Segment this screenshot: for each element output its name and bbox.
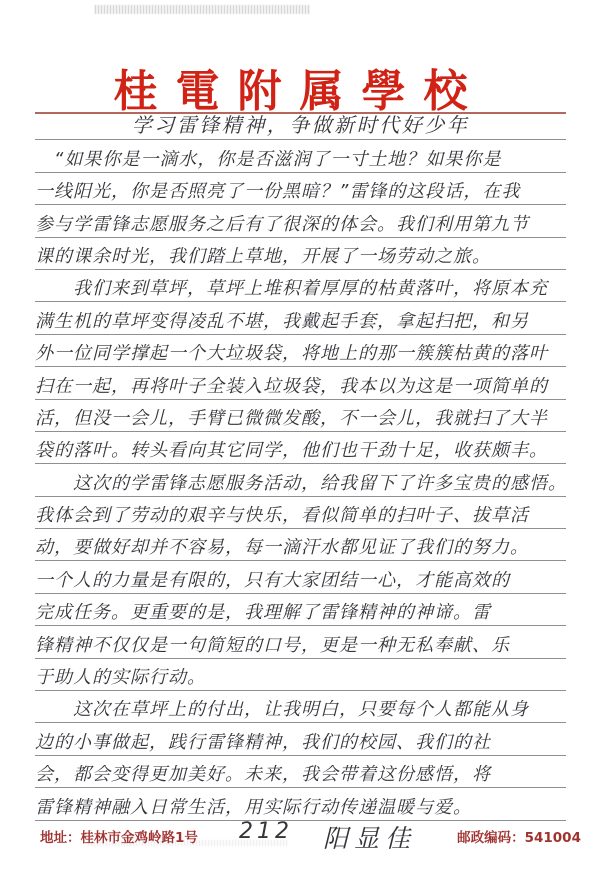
barcode-smudge-top — [95, 5, 310, 14]
essay-line: 扫在一起，再将叶子全装入垃圾袋，我本以为这是一项简单的 — [35, 378, 548, 399]
essay-line: 锋精神不仅仅是一句简短的口号，更是一种无私奉献、乐 — [35, 637, 510, 658]
essay-line: 满生机的草坪变得凌乱不堪，我戴起手套，拿起扫把，和另 — [35, 313, 529, 334]
essay-line: 外一位同学撑起一个大垃圾袋，将地上的那一簇簇枯黄的落叶 — [35, 345, 548, 366]
essay-line-row: 一线阳光，你是否照亮了一份黑暗？”雷锋的这段话，在我 — [35, 173, 566, 205]
essay-line: 边的小事做起，践行雷锋精神，我们的校园、我们的社 — [35, 734, 491, 755]
essay-line: 会，都会变得更加美好。未来，我会带着这份感悟，将 — [35, 766, 491, 787]
essay-line-row: 满生机的草坪变得凌乱不堪，我戴起手套，拿起扫把，和另 — [35, 302, 566, 334]
essay-line: 一线阳光，你是否照亮了一份黑暗？”雷锋的这段话，在我 — [35, 183, 520, 204]
essay-line: 我们来到草坪，草坪上堆积着厚厚的枯黄落叶，将原本充 — [35, 280, 548, 301]
essay-line-row: 会，都会变得更加美好。未来，我会带着这份感悟，将 — [35, 756, 566, 788]
essay-subtitle-row: 学习雷锋精神，争做新时代好少年 — [35, 108, 566, 140]
essay-line: 我体会到了劳动的艰辛与快乐，看似简单的扫叶子、拔草活 — [35, 507, 529, 528]
essay-line-row: 一个人的力量是有限的，只有大家团结一心，才能高效的 — [35, 561, 566, 593]
essay-line: “如果你是一滴水，你是否滋润了一寸土地？如果你是 — [35, 151, 501, 172]
barcode-smudge-bottom — [88, 840, 288, 846]
essay-line-row: 锋精神不仅仅是一句简短的口号，更是一种无私奉献、乐 — [35, 626, 566, 658]
essay-line-row: 雷锋精神融入日常生活，用实际行动传递温暖与爱。 — [35, 788, 566, 820]
essay-line: 于助人的实际行动。 — [35, 669, 206, 690]
essay-line-row: “如果你是一滴水，你是否滋润了一寸土地？如果你是 — [35, 140, 566, 172]
essay-line-row: 动，要做好却并不容易，每一滴汗水都见证了我们的努力。 — [35, 529, 566, 561]
letterhead-page: 桂電附属學校 学习雷锋精神，争做新时代好少年 “如果你是一滴水，你是否滋润了一寸… — [0, 0, 599, 881]
student-signature: 212 阳显佳 — [239, 819, 416, 855]
essay-line: 雷锋精神融入日常生活，用实际行动传递温暖与爱。 — [35, 799, 472, 820]
essay-line-row: 我体会到了劳动的艰辛与快乐，看似简单的扫叶子、拔草活 — [35, 497, 566, 529]
essay-line-row: 课的课余时光，我们踏上草地，开展了一场劳动之旅。 — [35, 238, 566, 270]
essay-line-row: 活，但没一会儿，手臂已微微发酸，不一会儿，我就扫了大半 — [35, 400, 566, 432]
letterhead-footer: 地址：桂林市金鸡岭路1号 212 阳显佳 邮政编码：541004 — [40, 821, 581, 855]
footer-postal-code: 邮政编码：541004 — [457, 821, 581, 846]
essay-line-row: 于助人的实际行动。 — [35, 659, 566, 691]
essay-line-row: 这次的学雷锋志愿服务活动，给我留下了许多宝贵的感悟。 — [35, 464, 566, 496]
essay-line-row: 袋的落叶。转头看向其它同学，他们也干劲十足，收获颇丰。 — [35, 432, 566, 464]
essay-line-row: 我们来到草坪，草坪上堆积着厚厚的枯黄落叶，将原本充 — [35, 270, 566, 302]
essay-line-row: 参与学雷锋志愿服务之后有了很深的体会。我们利用第九节 — [35, 205, 566, 237]
essay-line-row: 扫在一起，再将叶子全装入垃圾袋，我本以为这是一项简单的 — [35, 367, 566, 399]
essay-line: 课的课余时光，我们踏上草地，开展了一场劳动之旅。 — [35, 248, 491, 269]
essay-subtitle: 学习雷锋精神，争做新时代好少年 — [132, 115, 470, 139]
essay-line: 动，要做好却并不容易，每一滴汗水都见证了我们的努力。 — [35, 539, 529, 560]
essay-line-row: 完成任务。更重要的是，我理解了雷锋精神的神谛。雷 — [35, 594, 566, 626]
essay-line-row: 外一位同学撑起一个大垃圾袋，将地上的那一簇簇枯黄的落叶 — [35, 335, 566, 367]
essay-body: 学习雷锋精神，争做新时代好少年 “如果你是一滴水，你是否滋润了一寸土地？如果你是… — [35, 108, 566, 821]
essay-line: 袋的落叶。转头看向其它同学，他们也干劲十足，收获颇丰。 — [35, 442, 548, 463]
student-name: 阳显佳 — [323, 819, 416, 855]
essay-line-row: 这次在草坪上的付出，让我明白，只要每个人都能从身 — [35, 691, 566, 723]
essay-line-row: 边的小事做起，践行雷锋精神，我们的校园、我们的社 — [35, 723, 566, 755]
essay-line: 参与学雷锋志愿服务之后有了很深的体会。我们利用第九节 — [35, 216, 529, 237]
essay-line: 活，但没一会儿，手臂已微微发酸，不一会儿，我就扫了大半 — [35, 410, 548, 431]
essay-line: 这次在草坪上的付出，让我明白，只要每个人都能从身 — [35, 701, 529, 722]
essay-line: 一个人的力量是有限的，只有大家团结一心，才能高效的 — [35, 572, 510, 593]
essay-line: 这次的学雷锋志愿服务活动，给我留下了许多宝贵的感悟。 — [35, 475, 567, 496]
essay-line: 完成任务。更重要的是，我理解了雷锋精神的神谛。雷 — [35, 604, 491, 625]
